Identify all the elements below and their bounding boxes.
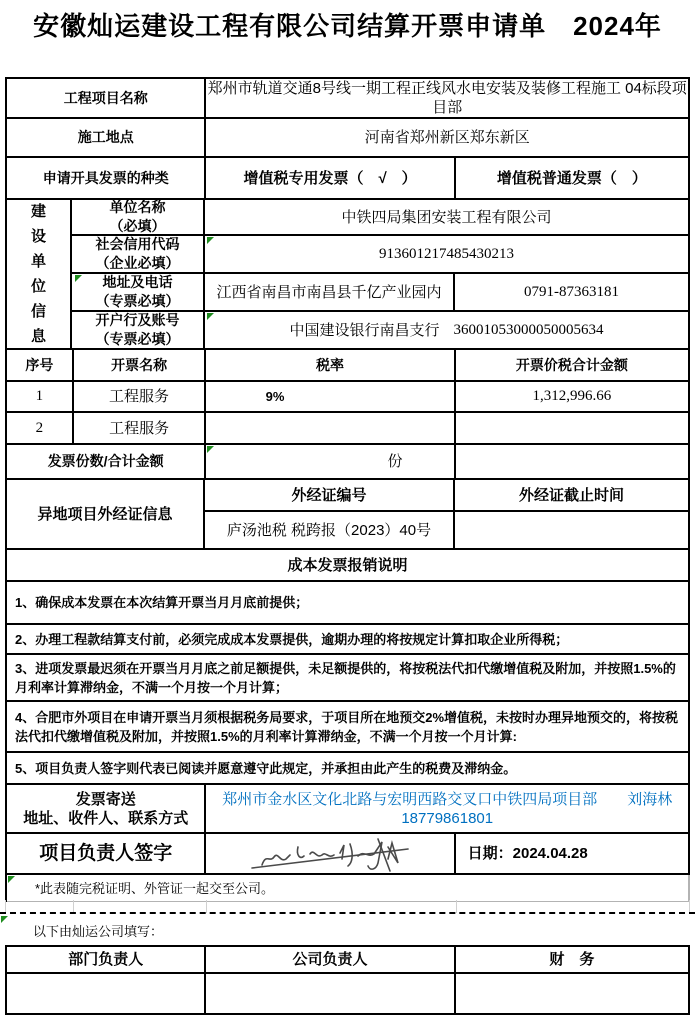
row-bank-account: 开户行及账号（专票必填） 中国建设银行南昌支行 3600105300005000…	[72, 312, 690, 350]
location-label: 施工地点	[7, 119, 206, 158]
row-invoice-type: 申请开具发票的种类 增值税专用发票（ √ ） 增值税普通发票（ ）	[7, 158, 690, 200]
cut-line	[0, 912, 695, 914]
cell-comment-marker	[75, 275, 82, 282]
item2-no: 2	[7, 413, 74, 445]
foreign-cert-rows: 外经证编号 外经证截止时间 庐汤池税 税跨报（2023）40号	[205, 480, 690, 550]
builder-name-label: 单位名称（必填）	[72, 200, 205, 236]
item-row-2: 2 工程服务	[7, 413, 690, 445]
signature-date: 日期：2024.04.28	[456, 834, 690, 875]
cell-comment-marker	[8, 876, 15, 883]
project-name-label: 工程项目名称	[7, 79, 206, 119]
item2-rate	[206, 413, 455, 445]
item2-name: 工程服务	[74, 413, 207, 445]
invoice-count-label: 发票份数/合计金额	[7, 445, 206, 480]
bank-account-value: 中国建设银行南昌支行 36001053000050005634	[205, 312, 690, 350]
cert-end-value	[455, 512, 690, 550]
company-head-header: 公司负责人	[206, 947, 455, 974]
item1-name: 工程服务	[74, 382, 207, 413]
cert-no-value: 庐汤池税 税跨报（2023）40号	[205, 512, 455, 550]
cost-note-5: 5、项目负责人签字则代表已阅读并愿意遵守此规定，并承担由此产生的税费及滞纳金。	[7, 753, 690, 785]
mailing-phone: 18779861801	[222, 809, 672, 828]
approval-header-row: 部门负责人 公司负责人 财 务	[7, 947, 690, 974]
items-header-row: 序号 开票名称 税率 开票价税合计金额	[7, 350, 690, 382]
invoice-application-form: 安徽灿运建设工程有限公司结算开票申请单 2024年 工程项目名称 郑州市轨道交通…	[0, 0, 695, 1015]
cost-note-2-row: 2、办理工程款结算支付前，必须完成成本发票提供，逾期办理的将按规定计算扣取企业所…	[7, 625, 690, 655]
row-footnote: *此表随完税证明、外管证一起交至公司。	[7, 875, 690, 902]
item1-no: 1	[7, 382, 74, 413]
row-invoice-count: 发票份数/合计金额 份	[7, 445, 690, 480]
row-location: 施工地点 河南省郑州新区郑东新区	[7, 119, 690, 158]
invoice-type-label: 申请开具发票的种类	[7, 158, 206, 200]
foreign-cert-label: 异地项目外经证信息	[7, 480, 205, 550]
cell-comment-marker	[207, 313, 214, 320]
cost-note-1: 1、确保成本发票在本次结算开票当月月底前提供；	[7, 582, 690, 625]
invoice-count-amount	[456, 445, 690, 480]
cost-note-2: 2、办理工程款结算支付前，必须完成成本发票提供，逾期办理的将按规定计算扣取企业所…	[7, 625, 690, 655]
row-mailing: 发票寄送地址、收件人、联系方式 郑州市金水区文化北路与宏明西路交叉口中铁四局项目…	[7, 785, 690, 834]
mailing-value: 郑州市金水区文化北路与宏明西路交叉口中铁四局项目部 刘海林18779861801	[206, 785, 690, 834]
row-credit-code: 社会信用代码（企业必填） 913601217485430213	[72, 236, 690, 274]
finance-header: 财 务	[456, 947, 690, 974]
credit-code-value: 913601217485430213	[205, 236, 690, 274]
approval-sign-row	[7, 974, 690, 1015]
row-builder-name: 单位名称（必填） 中铁四局集团安装工程有限公司	[72, 200, 690, 236]
invoice-type-general-checkbox[interactable]: 增值税普通发票（ ）	[456, 158, 690, 200]
item-row-1: 1 工程服务 9% 1,312,996.66	[7, 382, 690, 413]
foreign-cert-header-row: 外经证编号 外经证截止时间	[205, 480, 690, 512]
invoice-count-unit: 份	[206, 445, 456, 480]
bank-name: 中国建设银行南昌支行	[289, 321, 439, 340]
finance-sign-cell[interactable]	[456, 974, 690, 1015]
footnote-text: *此表随完税证明、外管证一起交至公司。	[7, 875, 690, 902]
col-header-no: 序号	[7, 350, 74, 382]
approval-table: 部门负责人 公司负责人 财 务	[5, 945, 690, 1015]
col-header-rate: 税率	[206, 350, 455, 382]
cost-note-3-row: 3、进项发票最迟须在开票当月月底之前足额提供，未足额提供的，将按税法代扣代缴增值…	[7, 655, 690, 702]
cell-comment-marker	[207, 237, 214, 244]
page-title: 安徽灿运建设工程有限公司结算开票申请单 2024年	[0, 6, 695, 43]
cost-notes-header-row: 成本发票报销说明	[7, 550, 690, 582]
address-value: 江西省南昌市南昌县千亿产业园内	[205, 274, 455, 312]
cost-note-4: 4、合肥市外项目在申请开票当月须根据税务局要求，于项目所在地预交2%增值税，未按…	[7, 702, 690, 753]
cost-note-1-row: 1、确保成本发票在本次结算开票当月月底前提供；	[7, 582, 690, 625]
company-head-sign-cell[interactable]	[206, 974, 455, 1015]
cert-end-header: 外经证截止时间	[455, 480, 690, 512]
handwritten-signature	[240, 835, 420, 873]
builder-name-value: 中铁四局集团安装工程有限公司	[205, 200, 690, 236]
address-phone-label: 地址及电话（专票必填）	[72, 274, 205, 312]
builder-info-section: 建设单位信息 单位名称（必填） 中铁四局集团安装工程有限公司 社会信用代码（企业…	[7, 200, 690, 350]
dept-head-header: 部门负责人	[7, 947, 206, 974]
bank-account-label: 开户行及账号（专票必填）	[72, 312, 205, 350]
cert-no-header: 外经证编号	[205, 480, 455, 512]
location-value: 河南省郑州新区郑东新区	[206, 119, 690, 158]
cost-notes-header: 成本发票报销说明	[7, 550, 690, 582]
item1-amount: 1,312,996.66	[456, 382, 690, 413]
signature-label: 项目负责人签字	[7, 834, 206, 875]
dept-head-sign-cell[interactable]	[7, 974, 206, 1015]
main-form-table: 工程项目名称 郑州市轨道交通8号线一期工程正线风水电安装及装修工程施工 04标段…	[5, 77, 690, 902]
row-address-phone: 地址及电话（专票必填） 江西省南昌市南昌县千亿产业园内 0791-8736318…	[72, 274, 690, 312]
builder-section-label: 建设单位信息	[7, 200, 72, 350]
project-name-value: 郑州市轨道交通8号线一期工程正线风水电安装及装修工程施工 04标段项目部	[206, 79, 690, 119]
invoice-type-special-checkbox[interactable]: 增值税专用发票（ √ ）	[206, 158, 455, 200]
company-fill-note: 以下由灿运公司填写：	[33, 921, 163, 940]
builder-info-rows: 单位名称（必填） 中铁四局集团安装工程有限公司 社会信用代码（企业必填） 913…	[72, 200, 690, 350]
item1-rate: 9%	[206, 382, 456, 413]
row-signature: 项目负责人签字 日期：2024.04.28	[7, 834, 690, 875]
mailing-address: 郑州市金水区文化北路与宏明西路交叉口中铁四局项目部 刘海林	[222, 790, 672, 809]
credit-code-label: 社会信用代码（企业必填）	[72, 236, 205, 274]
col-header-amount: 开票价税合计金额	[456, 350, 690, 382]
cost-note-3: 3、进项发票最迟须在开票当月月底之前足额提供，未足额提供的，将按税法代扣代缴增值…	[7, 655, 690, 702]
cost-note-5-row: 5、项目负责人签字则代表已阅读并愿意遵守此规定，并承担由此产生的税费及滞纳金。	[7, 753, 690, 785]
cell-comment-marker	[1, 916, 8, 923]
row-project-name: 工程项目名称 郑州市轨道交通8号线一期工程正线风水电安装及装修工程施工 04标段…	[7, 79, 690, 119]
cell-comment-marker	[207, 446, 214, 453]
bank-account-number: 36001053000050005634	[454, 321, 604, 340]
foreign-cert-value-row: 庐汤池税 税跨报（2023）40号	[205, 512, 690, 550]
mailing-label: 发票寄送地址、收件人、联系方式	[7, 785, 206, 834]
foreign-cert-section: 异地项目外经证信息 外经证编号 外经证截止时间 庐汤池税 税跨报（2023）40…	[7, 480, 690, 550]
signature-area[interactable]	[206, 834, 455, 875]
item2-amount	[456, 413, 690, 445]
col-header-name: 开票名称	[74, 350, 207, 382]
cost-note-4-row: 4、合肥市外项目在申请开票当月须根据税务局要求，于项目所在地预交2%增值税，未按…	[7, 702, 690, 753]
phone-value: 0791-87363181	[455, 274, 690, 312]
